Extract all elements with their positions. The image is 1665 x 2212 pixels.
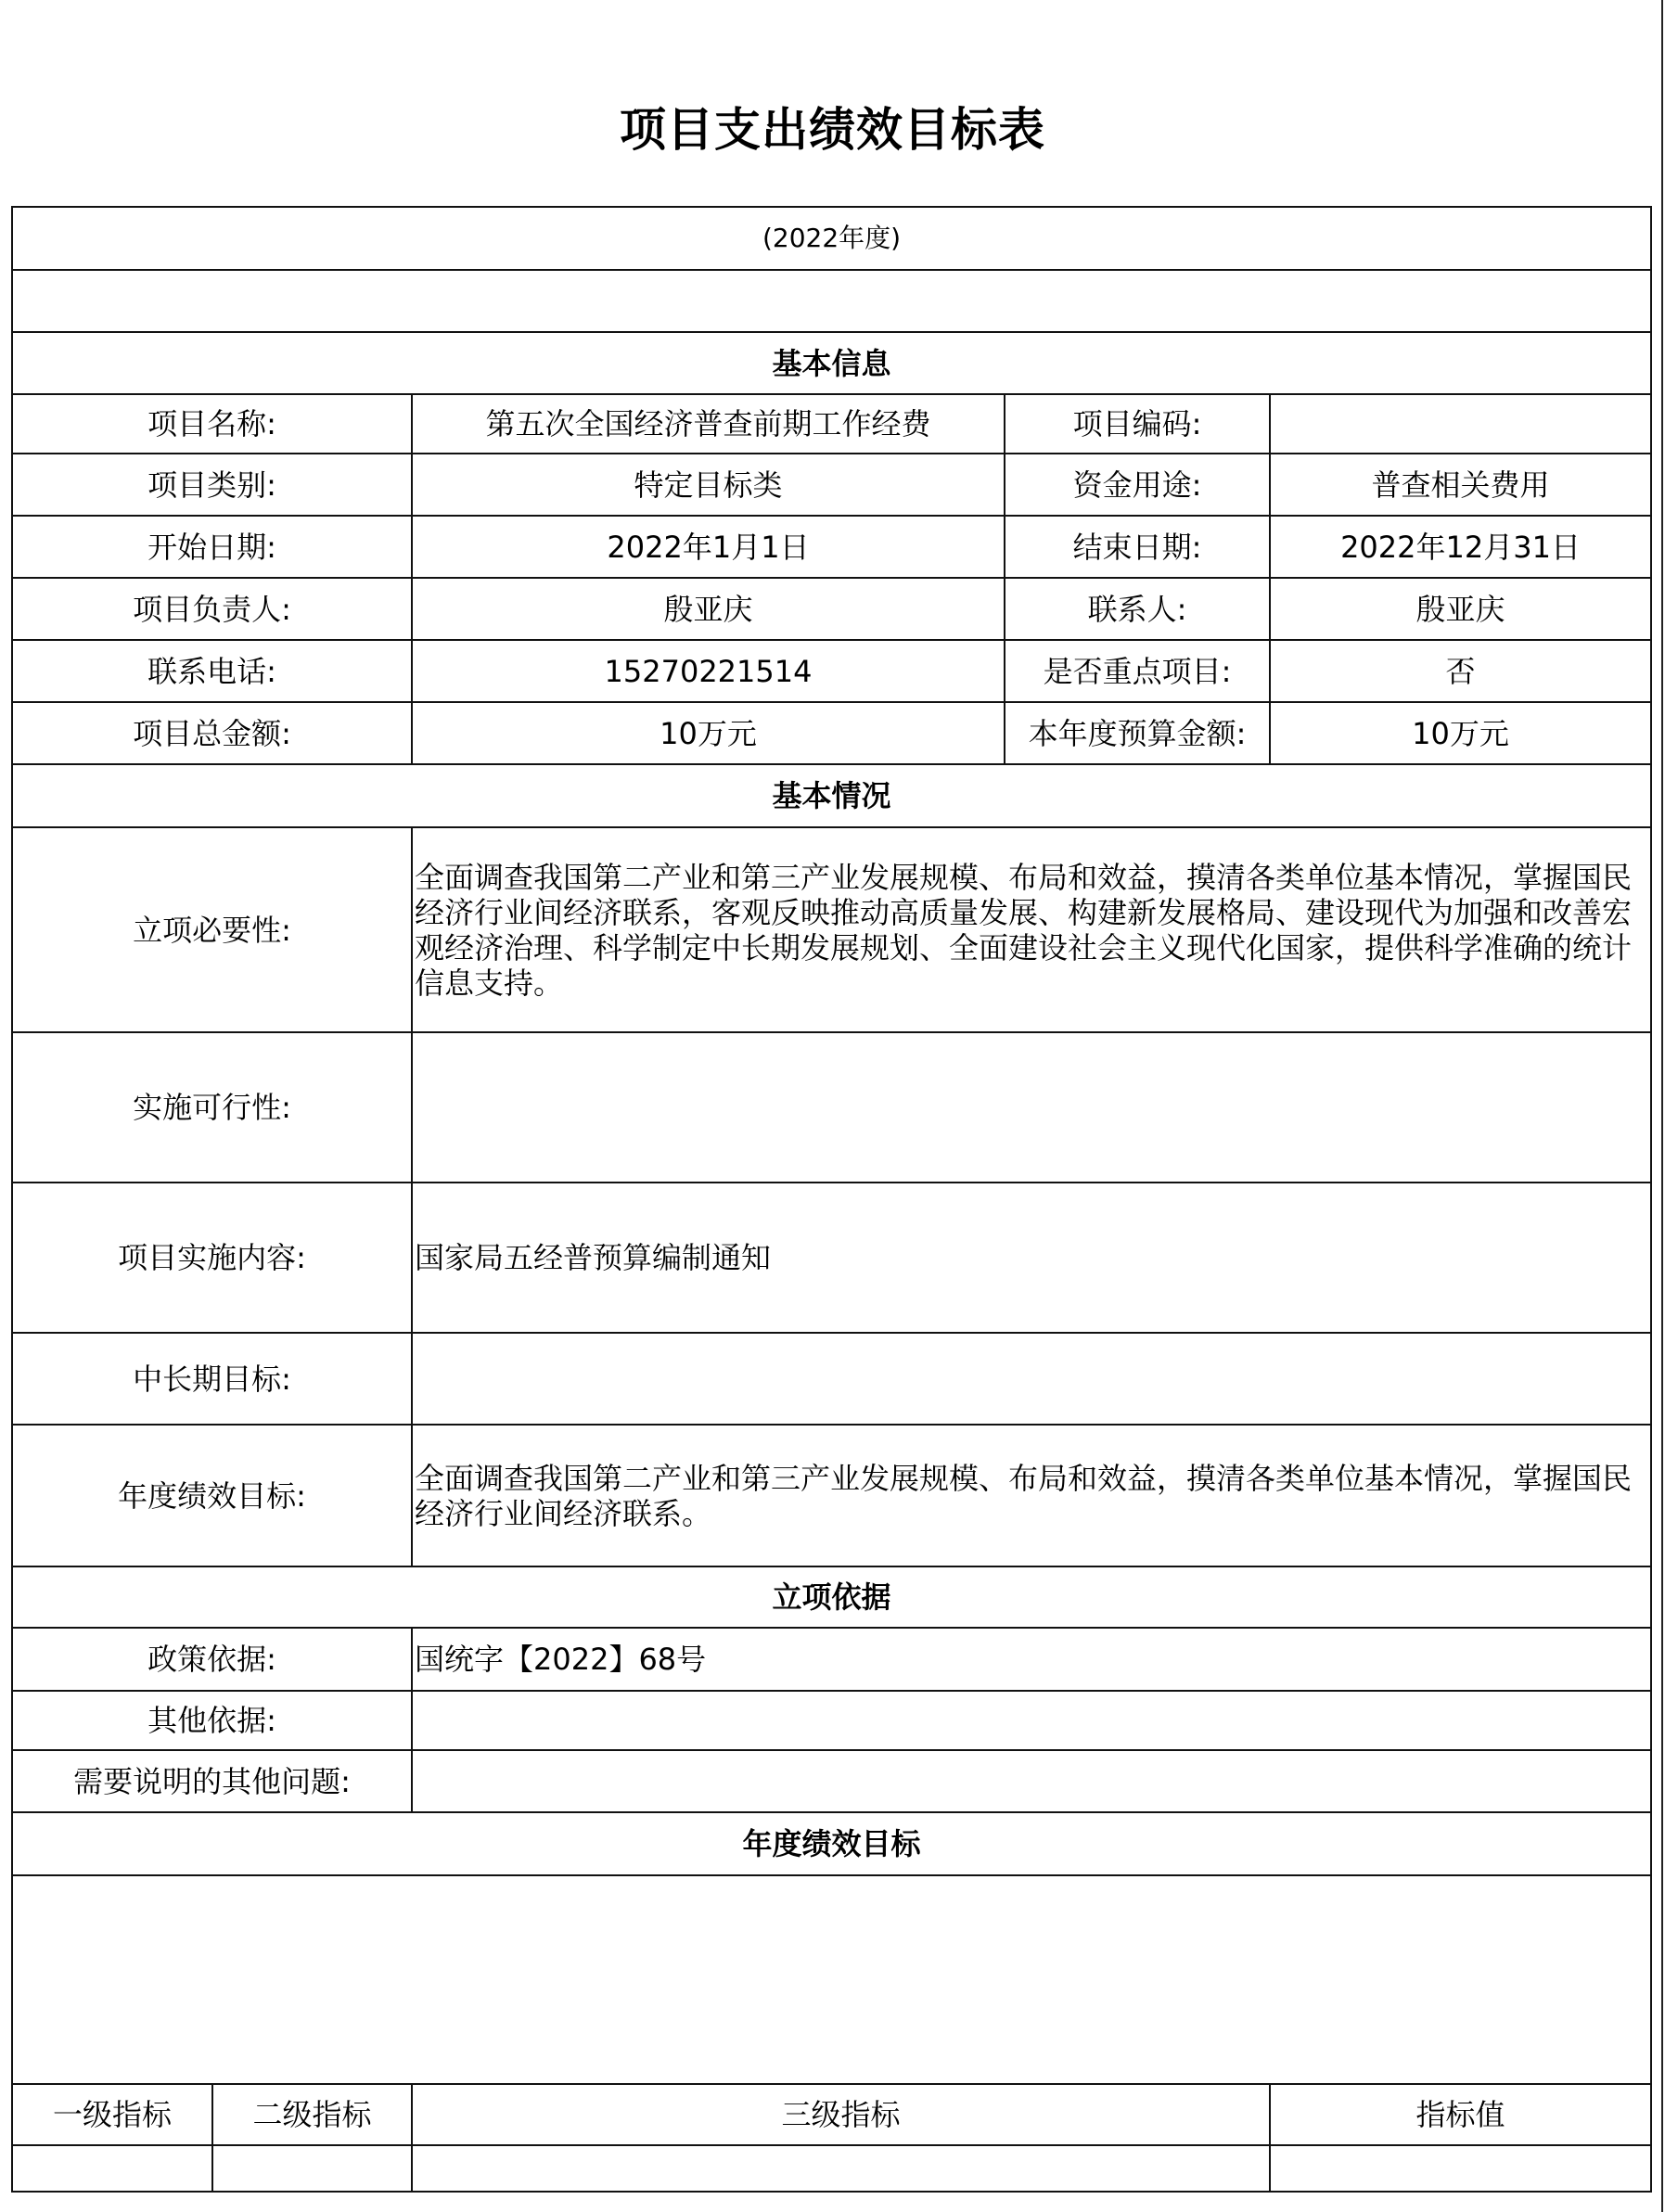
content-label: 项目实施内容: xyxy=(12,1183,412,1333)
section-basic-situation: 基本情况 xyxy=(12,764,1651,827)
key-project-value: 否 xyxy=(1270,640,1651,702)
fund-use-value: 普查相关费用 xyxy=(1270,454,1651,516)
indicator-header-level2: 二级指标 xyxy=(212,2084,412,2145)
start-date-value: 2022年1月1日 xyxy=(412,516,1005,578)
indicator-header-level1: 一级指标 xyxy=(12,2084,212,2145)
key-project-label: 是否重点项目: xyxy=(1005,640,1270,702)
performance-target-table: (2022年度) 基本信息 项目名称: 第五次全国经济普查前期工作经费 项目编码… xyxy=(11,206,1652,2193)
necessity-value: 全面调查我国第二产业和第三产业发展规模、布局和效益，摸清各类单位基本情况，掌握国… xyxy=(412,827,1651,1032)
manager-label: 项目负责人: xyxy=(12,578,412,640)
annual-goal-label: 年度绩效目标: xyxy=(12,1425,412,1566)
phone-value: 15270221514 xyxy=(412,640,1005,702)
policy-basis-label: 政策依据: xyxy=(12,1628,412,1691)
project-code-label: 项目编码: xyxy=(1005,394,1270,454)
indicator-cell-level2 xyxy=(212,2145,412,2192)
blank-row xyxy=(12,270,1651,332)
page-edge xyxy=(1661,0,1663,2212)
other-issues-value xyxy=(412,1750,1651,1812)
indicator-cell-level1 xyxy=(12,2145,212,2192)
year-label: (2022年度) xyxy=(12,207,1651,270)
other-basis-value xyxy=(412,1691,1651,1750)
indicator-header-level3: 三级指标 xyxy=(412,2084,1270,2145)
long-term-goal-value xyxy=(412,1333,1651,1425)
end-date-label: 结束日期: xyxy=(1005,516,1270,578)
category-value: 特定目标类 xyxy=(412,454,1005,516)
manager-value: 殷亚庆 xyxy=(412,578,1005,640)
indicator-cell-level3 xyxy=(412,2145,1270,2192)
page-title: 项目支出绩效目标表 xyxy=(0,100,1665,160)
annual-goals-blank xyxy=(12,1875,1651,2084)
content-value: 国家局五经普预算编制通知 xyxy=(412,1183,1651,1333)
section-annual-goals: 年度绩效目标 xyxy=(12,1812,1651,1875)
long-term-goal-label: 中长期目标: xyxy=(12,1333,412,1425)
indicator-cell-value xyxy=(1270,2145,1651,2192)
project-name-value: 第五次全国经济普查前期工作经费 xyxy=(412,394,1005,454)
project-name-label: 项目名称: xyxy=(12,394,412,454)
phone-label: 联系电话: xyxy=(12,640,412,702)
section-basis: 立项依据 xyxy=(12,1566,1651,1628)
total-amount-label: 项目总金额: xyxy=(12,702,412,764)
feasibility-value xyxy=(412,1032,1651,1183)
contact-label: 联系人: xyxy=(1005,578,1270,640)
other-basis-label: 其他依据: xyxy=(12,1691,412,1750)
start-date-label: 开始日期: xyxy=(12,516,412,578)
end-date-value: 2022年12月31日 xyxy=(1270,516,1651,578)
category-label: 项目类别: xyxy=(12,454,412,516)
annual-budget-label: 本年度预算金额: xyxy=(1005,702,1270,764)
policy-basis-value: 国统字【2022】68号 xyxy=(412,1628,1651,1691)
annual-goal-value: 全面调查我国第二产业和第三产业发展规模、布局和效益，摸清各类单位基本情况，掌握国… xyxy=(412,1425,1651,1566)
section-basic-info: 基本信息 xyxy=(12,332,1651,394)
contact-value: 殷亚庆 xyxy=(1270,578,1651,640)
feasibility-label: 实施可行性: xyxy=(12,1032,412,1183)
fund-use-label: 资金用途: xyxy=(1005,454,1270,516)
project-code-value xyxy=(1270,394,1651,454)
necessity-label: 立项必要性: xyxy=(12,827,412,1032)
total-amount-value: 10万元 xyxy=(412,702,1005,764)
other-issues-label: 需要说明的其他问题: xyxy=(12,1750,412,1812)
indicator-header-value: 指标值 xyxy=(1270,2084,1651,2145)
annual-budget-value: 10万元 xyxy=(1270,702,1651,764)
